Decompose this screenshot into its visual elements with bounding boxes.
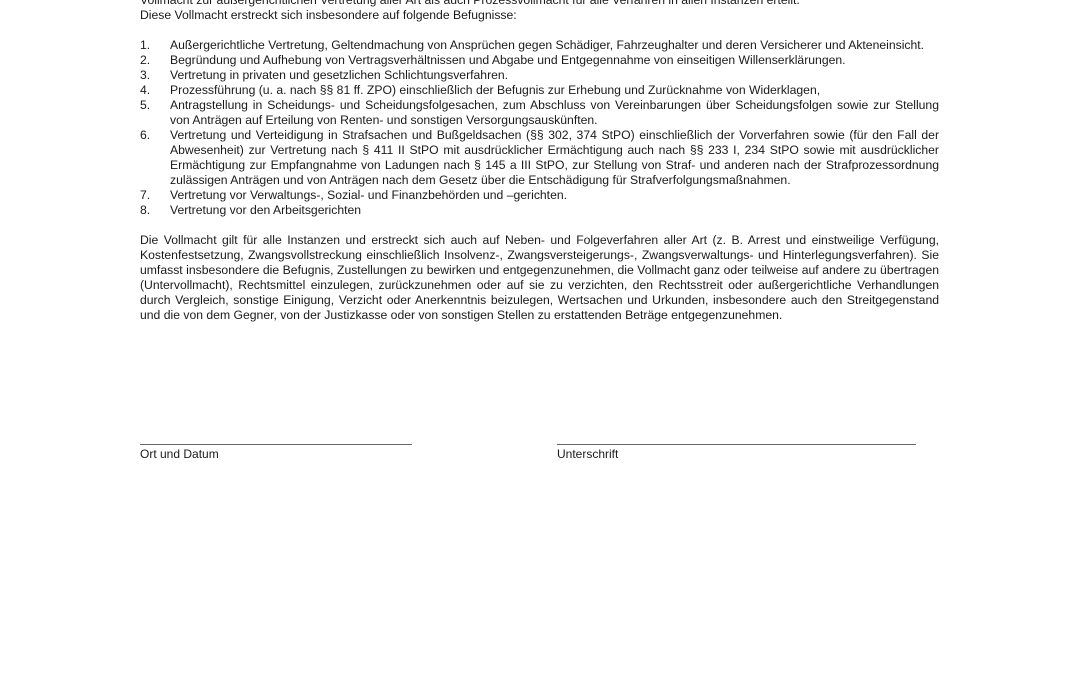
list-text: Vertretung vor Verwaltungs-, Sozial- und… <box>170 188 567 202</box>
list-text: Begründung und Aufhebung von Vertragsver… <box>170 53 846 67</box>
list-number: 3. <box>140 68 150 83</box>
list-item: 1.Außergerichtliche Vertretung, Geltendm… <box>140 38 939 53</box>
closing-paragraph: Die Vollmacht gilt für alle Instanzen un… <box>140 233 939 323</box>
intro-text: Vollmacht zur außergerichtlichen Vertret… <box>140 0 939 23</box>
list-item: 6.Vertretung und Verteidigung in Strafsa… <box>140 128 939 188</box>
signature-block: Unterschrift <box>557 444 916 462</box>
list-text: Außergerichtliche Vertretung, Geltendmac… <box>170 38 924 52</box>
document-page: Vollmacht zur außergerichtlichen Vertret… <box>140 0 939 335</box>
list-text: Antragstellung in Scheidungs- und Scheid… <box>170 98 939 127</box>
list-text: Vertretung in privaten und gesetzlichen … <box>170 68 508 82</box>
list-item: 7.Vertretung vor Verwaltungs-, Sozial- u… <box>140 188 939 203</box>
list-item: 5.Antragstellung in Scheidungs- und Sche… <box>140 98 939 128</box>
list-number: 7. <box>140 188 150 203</box>
list-number: 4. <box>140 83 150 98</box>
signature-label: Unterschrift <box>557 447 916 462</box>
signature-place-date: Ort und Datum <box>140 444 412 462</box>
list-item: 3.Vertretung in privaten und gesetzliche… <box>140 68 939 83</box>
signature-line <box>140 444 412 445</box>
list-number: 8. <box>140 203 150 218</box>
intro-line-2: Diese Vollmacht erstreckt sich insbesond… <box>140 8 939 23</box>
list-number: 6. <box>140 128 150 143</box>
list-item: 4.Prozessführung (u. a. nach §§ 81 ff. Z… <box>140 83 939 98</box>
list-number: 5. <box>140 98 150 113</box>
place-date-label: Ort und Datum <box>140 447 412 462</box>
list-item: 8.Vertretung vor den Arbeitsgerichten <box>140 203 939 218</box>
list-text: Prozessführung (u. a. nach §§ 81 ff. ZPO… <box>170 83 820 97</box>
list-text: Vertretung und Verteidigung in Strafsach… <box>170 128 939 187</box>
authority-list: 1.Außergerichtliche Vertretung, Geltendm… <box>140 38 939 218</box>
list-number: 2. <box>140 53 150 68</box>
list-number: 1. <box>140 38 150 53</box>
signature-line <box>557 444 916 445</box>
list-item: 2.Begründung und Aufhebung von Vertragsv… <box>140 53 939 68</box>
list-text: Vertretung vor den Arbeitsgerichten <box>170 203 361 217</box>
intro-line-1: Vollmacht zur außergerichtlichen Vertret… <box>140 0 939 8</box>
